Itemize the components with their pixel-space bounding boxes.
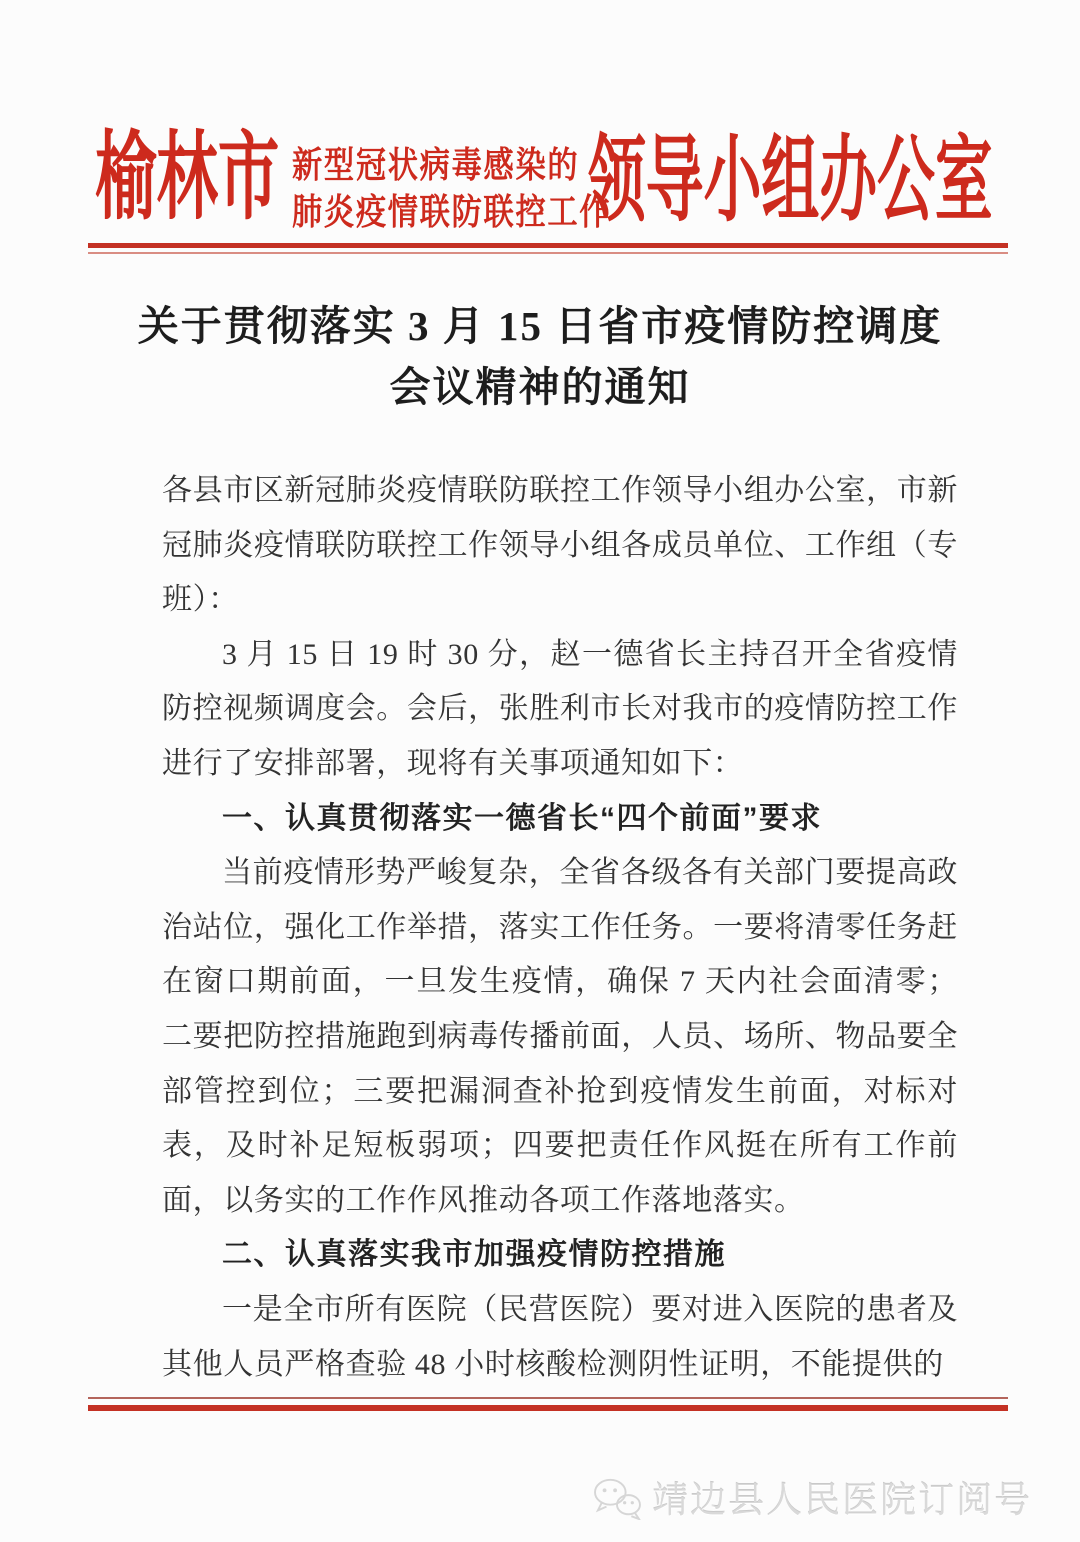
- letterhead-subtitle-line2: 肺炎疫情联防联控工作: [292, 189, 611, 236]
- letterhead-subtitle-line1: 新型冠状病毒感染的: [292, 142, 611, 189]
- watermark-footer: 靖边县人民医院订阅号: [592, 1472, 1032, 1523]
- footer-rule-thin: [88, 1397, 1008, 1399]
- section-1-paragraph: 当前疫情形势严峻复杂，全省各级各有关部门要提高政治站位，强化工作举措，落实工作任…: [162, 846, 958, 1228]
- watermark-text: 靖边县人民医院订阅号: [652, 1472, 1032, 1523]
- section-heading-1: 一、认真贯彻落实一德省长“四个前面”要求: [162, 792, 958, 847]
- document-title-line1: 关于贯彻落实 3 月 15 日省市疫情防控调度: [0, 296, 1080, 357]
- document-title-line2: 会议精神的通知: [0, 357, 1080, 418]
- letterhead-office: 领导小组办公室: [588, 132, 993, 230]
- header-rule-thick: [88, 243, 1008, 248]
- section-heading-2: 二、认真落实我市加强疫情防控措施: [162, 1228, 958, 1283]
- document-body: 各县市区新冠肺炎疫情联防联控工作领导小组办公室，市新冠肺炎疫情联防联控工作领导小…: [162, 464, 958, 1392]
- section-2-paragraph: 一是全市所有医院（民营医院）要对进入医院的患者及其他人员严格查验 48 小时核酸…: [162, 1283, 958, 1392]
- document-title: 关于贯彻落实 3 月 15 日省市疫情防控调度 会议精神的通知: [0, 296, 1080, 418]
- header-rule-thin: [88, 252, 1008, 254]
- letterhead-city: 榆林市: [95, 128, 279, 228]
- intro-paragraph: 3 月 15 日 19 时 30 分，赵一德省长主持召开全省疫情防控视频调度会。…: [162, 628, 958, 792]
- wechat-icon: [592, 1476, 642, 1520]
- salutation-paragraph: 各县市区新冠肺炎疫情联防联控工作领导小组办公室，市新冠肺炎疫情联防联控工作领导小…: [162, 464, 958, 628]
- document-page: 榆林市 新型冠状病毒感染的 肺炎疫情联防联控工作 领导小组办公室 关于贯彻落实 …: [0, 0, 1080, 1542]
- footer-rule-thick: [88, 1405, 1008, 1411]
- letterhead-subtitle: 新型冠状病毒感染的 肺炎疫情联防联控工作: [292, 142, 611, 236]
